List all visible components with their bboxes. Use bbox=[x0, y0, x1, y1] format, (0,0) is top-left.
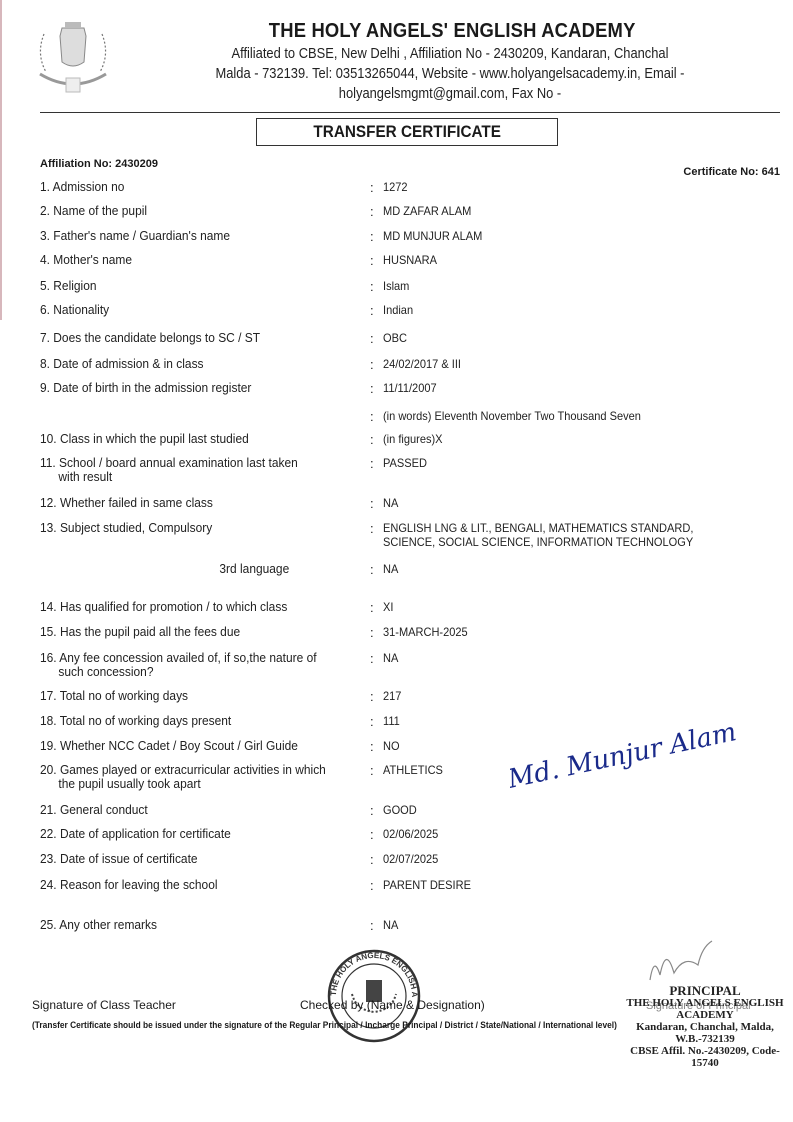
field-value: 31-MARCH-2025 bbox=[383, 625, 468, 639]
field-value: XI bbox=[383, 600, 393, 614]
field-value: ATHLETICS bbox=[383, 763, 443, 777]
field-separator: : bbox=[370, 827, 374, 842]
field-label: 15. Has the pupil paid all the fees due bbox=[40, 625, 370, 639]
field-value: GOOD bbox=[383, 803, 417, 817]
field-label-text: 7. Does the candidate belongs to SC / ST bbox=[40, 331, 260, 345]
field-label-text: 14. Has qualified for promotion / to whi… bbox=[40, 600, 287, 614]
school-address-line-3: holyangelsmgmt@gmail.com, Fax No - bbox=[166, 85, 734, 102]
affiliation-number: Affiliation No: 2430209 bbox=[40, 158, 158, 170]
footer-note: (Transfer Certificate should be issued u… bbox=[32, 1020, 617, 1031]
field-separator: : bbox=[370, 204, 374, 219]
field-value-text: 02/07/2025 bbox=[383, 852, 438, 866]
field-value: (in figures)X bbox=[383, 432, 443, 446]
field-label-text: 23. Date of issue of certificate bbox=[40, 852, 198, 866]
field-label-text: 1. Admission no bbox=[40, 180, 124, 194]
stamp-line-4: W.B.-732139 bbox=[620, 1033, 790, 1045]
field-separator: : bbox=[370, 521, 374, 536]
field-value: (in words) Eleventh November Two Thousan… bbox=[383, 409, 641, 423]
field-label-text: 18. Total no of working days present bbox=[40, 714, 231, 728]
document-title-box: TRANSFER CERTIFICATE bbox=[256, 118, 558, 146]
field-value-text: NO bbox=[383, 739, 400, 753]
school-name: THE HOLY ANGELS' ENGLISH ACADEMY bbox=[37, 20, 767, 43]
stamp-line-3: Kandaran, Chanchal, Malda, bbox=[620, 1021, 790, 1033]
field-separator: : bbox=[370, 803, 374, 818]
field-value: MD ZAFAR ALAM bbox=[383, 204, 471, 218]
field-label: 19. Whether NCC Cadet / Boy Scout / Girl… bbox=[40, 739, 370, 753]
field-value-text: 11/11/2007 bbox=[383, 381, 437, 395]
field-label-text: 13. Subject studied, Compulsory bbox=[40, 521, 212, 535]
field-value: OBC bbox=[383, 331, 407, 345]
principal-signature-scribble bbox=[640, 935, 720, 985]
field-value-text: MD MUNJUR ALAM bbox=[383, 229, 482, 243]
field-label: 9. Date of birth in the admission regist… bbox=[40, 381, 370, 395]
field-label-text: 21. General conduct bbox=[40, 803, 148, 817]
field-value: Islam bbox=[383, 279, 409, 293]
field-value-text: 24/02/2017 & III bbox=[383, 357, 461, 371]
field-value-text: MD ZAFAR ALAM bbox=[383, 204, 471, 218]
field-value-text: (in figures)X bbox=[383, 432, 443, 446]
certificate-number: Certificate No: 641 bbox=[683, 166, 780, 178]
field-label-text: 20. Games played or extracurricular acti… bbox=[40, 763, 326, 777]
handwritten-signature: Md. Munjur Alam bbox=[510, 722, 750, 792]
field-value: 1272 bbox=[383, 180, 408, 194]
field-separator: : bbox=[370, 409, 374, 424]
field-label-text: 9. Date of birth in the admission regist… bbox=[40, 381, 251, 395]
field-value: NO bbox=[383, 739, 400, 753]
field-label-text: 3rd language bbox=[40, 562, 289, 576]
field-label-text: 16. Any fee concession availed of, if so… bbox=[40, 651, 317, 665]
field-value: NA bbox=[383, 496, 398, 510]
stamp-line-5: CBSE Affil. No.-2430209, Code-15740 bbox=[620, 1045, 790, 1069]
field-value-text: NA bbox=[383, 918, 398, 932]
field-separator: : bbox=[370, 689, 374, 704]
document-title: TRANSFER CERTIFICATE bbox=[313, 119, 501, 145]
field-label-text: 24. Reason for leaving the school bbox=[40, 878, 218, 892]
field-separator: : bbox=[370, 357, 374, 372]
class-teacher-signature-label: Signature of Class Teacher bbox=[32, 998, 176, 1012]
field-value: PASSED bbox=[383, 456, 427, 470]
field-separator: : bbox=[370, 852, 374, 867]
field-value: 11/11/2007 bbox=[383, 381, 437, 395]
field-label: 24. Reason for leaving the school bbox=[40, 878, 370, 892]
field-label: 14. Has qualified for promotion / to whi… bbox=[40, 600, 370, 614]
field-label: 12. Whether failed in same class bbox=[40, 496, 370, 510]
field-label: 25. Any other remarks bbox=[40, 918, 370, 932]
field-label: 6. Nationality bbox=[40, 303, 370, 317]
field-value: NA bbox=[383, 562, 398, 576]
field-label: 22. Date of application for certificate bbox=[40, 827, 370, 841]
field-value: NA bbox=[383, 651, 398, 665]
field-value-continuation: SCIENCE, SOCIAL SCIENCE, INFORMATION TEC… bbox=[383, 535, 693, 549]
field-value-text: NA bbox=[383, 496, 398, 510]
field-label: 2. Name of the pupil bbox=[40, 204, 370, 218]
field-label: 7. Does the candidate belongs to SC / ST bbox=[40, 331, 370, 345]
field-value-text: ENGLISH LNG & LIT., BENGALI, MATHEMATICS… bbox=[383, 521, 693, 535]
field-value-text: ATHLETICS bbox=[383, 763, 443, 777]
field-label-text: 22. Date of application for certificate bbox=[40, 827, 231, 841]
field-value: MD MUNJUR ALAM bbox=[383, 229, 482, 243]
field-label: 20. Games played or extracurricular acti… bbox=[40, 763, 370, 791]
field-separator: : bbox=[370, 496, 374, 511]
field-label: 4. Mother's name bbox=[40, 253, 370, 267]
svg-text:Md. Munjur Alam: Md. Munjur Alam bbox=[510, 722, 739, 792]
field-label-text: 19. Whether NCC Cadet / Boy Scout / Girl… bbox=[40, 739, 298, 753]
field-separator: : bbox=[370, 456, 374, 471]
field-label-text: 2. Name of the pupil bbox=[40, 204, 147, 218]
field-separator: : bbox=[370, 625, 374, 640]
field-label: 1. Admission no bbox=[40, 180, 370, 194]
field-label-text: 17. Total no of working days bbox=[40, 689, 188, 703]
field-value-text: OBC bbox=[383, 331, 407, 345]
field-separator: : bbox=[370, 229, 374, 244]
field-label: 13. Subject studied, Compulsory bbox=[40, 521, 370, 535]
field-label-text: 5. Religion bbox=[40, 279, 97, 293]
field-label-text: 11. School / board annual examination la… bbox=[40, 456, 298, 470]
field-value: PARENT DESIRE bbox=[383, 878, 471, 892]
field-value: NA bbox=[383, 918, 398, 932]
stamp-line-1: PRINCIPAL bbox=[620, 985, 790, 997]
field-label: 8. Date of admission & in class bbox=[40, 357, 370, 371]
field-label-continuation: the pupil usually took apart bbox=[40, 777, 344, 791]
field-label-text: 10. Class in which the pupil last studie… bbox=[40, 432, 249, 446]
school-address-line-2: Malda - 732139. Tel: 03513265044, Websit… bbox=[166, 65, 734, 82]
principal-stamp: PRINCIPAL THE HOLY ANGELS ENGLISH ACADEM… bbox=[620, 985, 790, 1069]
stamp-line-2: THE HOLY ANGELS ENGLISH ACADEMY bbox=[620, 997, 790, 1021]
field-label: 23. Date of issue of certificate bbox=[40, 852, 370, 866]
field-value: 02/06/2025 bbox=[383, 827, 438, 841]
field-separator: : bbox=[370, 381, 374, 396]
field-label: 3rd language bbox=[40, 562, 370, 576]
field-value-text: 31-MARCH-2025 bbox=[383, 625, 468, 639]
field-value: HUSNARA bbox=[383, 253, 437, 267]
field-label: 17. Total no of working days bbox=[40, 689, 370, 703]
field-label-text: 15. Has the pupil paid all the fees due bbox=[40, 625, 240, 639]
field-label-continuation: with result bbox=[40, 470, 344, 484]
field-label: 11. School / board annual examination la… bbox=[40, 456, 370, 484]
field-value: 24/02/2017 & III bbox=[383, 357, 461, 371]
field-label bbox=[40, 409, 370, 423]
field-value: 111 bbox=[383, 714, 400, 728]
field-value: 02/07/2025 bbox=[383, 852, 438, 866]
field-value-text: 1272 bbox=[383, 180, 408, 194]
field-separator: : bbox=[370, 714, 374, 729]
field-separator: : bbox=[370, 180, 374, 195]
field-label: 5. Religion bbox=[40, 279, 370, 293]
field-value-text: NA bbox=[383, 562, 398, 576]
field-value-text: 02/06/2025 bbox=[383, 827, 438, 841]
field-value-text: 217 bbox=[383, 689, 401, 703]
field-label: 16. Any fee concession availed of, if so… bbox=[40, 651, 370, 679]
field-value: ENGLISH LNG & LIT., BENGALI, MATHEMATICS… bbox=[383, 521, 693, 549]
field-value: Indian bbox=[383, 303, 413, 317]
field-value-text: XI bbox=[383, 600, 393, 614]
field-label-text: 4. Mother's name bbox=[40, 253, 132, 267]
page-edge-mark bbox=[0, 0, 2, 320]
field-separator: : bbox=[370, 763, 374, 778]
field-value-text: Islam bbox=[383, 279, 409, 293]
field-separator: : bbox=[370, 878, 374, 893]
field-label-text: 12. Whether failed in same class bbox=[40, 496, 213, 510]
field-separator: : bbox=[370, 331, 374, 346]
field-label-text: 25. Any other remarks bbox=[40, 918, 157, 932]
field-value-text: NA bbox=[383, 651, 398, 665]
field-separator: : bbox=[370, 739, 374, 754]
field-label-text: 8. Date of admission & in class bbox=[40, 357, 204, 371]
field-label: 3. Father's name / Guardian's name bbox=[40, 229, 370, 243]
field-separator: : bbox=[370, 432, 374, 447]
field-value-text: (in words) Eleventh November Two Thousan… bbox=[383, 409, 641, 423]
field-label: 18. Total no of working days present bbox=[40, 714, 370, 728]
field-label: 10. Class in which the pupil last studie… bbox=[40, 432, 370, 446]
checked-by-label: Checked by (Name & Designation) bbox=[300, 998, 485, 1012]
header-divider bbox=[40, 112, 780, 113]
field-value-text: Indian bbox=[383, 303, 413, 317]
field-separator: : bbox=[370, 562, 374, 577]
field-value-text: PASSED bbox=[383, 456, 427, 470]
field-separator: : bbox=[370, 279, 374, 294]
field-value-text: HUSNARA bbox=[383, 253, 437, 267]
field-label: 21. General conduct bbox=[40, 803, 370, 817]
field-label-text: 6. Nationality bbox=[40, 303, 109, 317]
field-label-continuation: such concession? bbox=[40, 665, 344, 679]
field-separator: : bbox=[370, 651, 374, 666]
field-separator: : bbox=[370, 918, 374, 933]
field-value: 217 bbox=[383, 689, 401, 703]
field-label-text: 3. Father's name / Guardian's name bbox=[40, 229, 230, 243]
field-separator: : bbox=[370, 303, 374, 318]
field-value-text: GOOD bbox=[383, 803, 417, 817]
field-separator: : bbox=[370, 600, 374, 615]
field-value-text: 111 bbox=[383, 714, 400, 728]
school-address-line-1: Affiliated to CBSE, New Delhi , Affiliat… bbox=[166, 45, 734, 62]
field-value-text: PARENT DESIRE bbox=[383, 878, 471, 892]
field-separator: : bbox=[370, 253, 374, 268]
